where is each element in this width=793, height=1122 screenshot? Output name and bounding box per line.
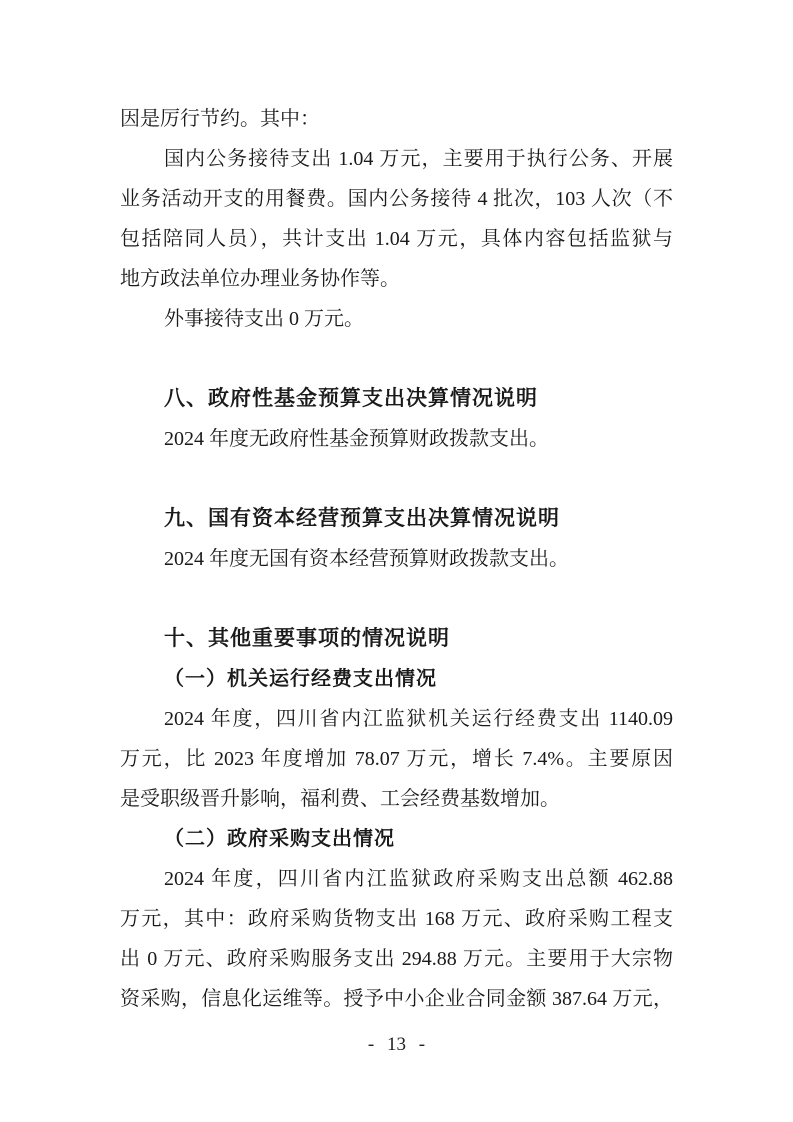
- paragraph: 2024 年度无国有资本经营预算财政拨款支出。: [120, 539, 673, 579]
- text-line: 出 0 万元、政府采购服务支出 294.88 万元。主要用于大宗物: [120, 939, 673, 979]
- paragraph: 2024 年度，四川省内江监狱政府采购支出总额 462.88万元，其中：政府采购…: [120, 859, 673, 1019]
- text-line: 因是厉行节约。其中：: [120, 99, 673, 139]
- text-line: 是受职级晋升影响，福利费、工会经费基数增加。: [120, 779, 673, 819]
- text-line: 2024 年度，四川省内江监狱机关运行经费支出 1140.09: [120, 699, 673, 739]
- text-line: （二）政府采购支出情况: [120, 819, 673, 859]
- document-content: 因是厉行节约。其中：国内公务接待支出 1.04 万元，主要用于执行公务、开展业务…: [120, 99, 673, 1019]
- paragraph: 国内公务接待支出 1.04 万元，主要用于执行公务、开展业务活动开支的用餐费。国…: [120, 139, 673, 299]
- page-footer: - 13 -: [0, 1031, 793, 1059]
- paragraph: 2024 年度，四川省内江监狱机关运行经费支出 1140.09万元，比 2023…: [120, 699, 673, 819]
- text-line: 业务活动开支的用餐费。国内公务接待 4 批次，103 人次（不: [120, 179, 673, 219]
- text-line: 八、政府性基金预算支出决算情况说明: [120, 379, 673, 419]
- sub-heading: （一）机关运行经费支出情况: [120, 659, 673, 699]
- text-line: 万元，其中：政府采购货物支出 168 万元、政府采购工程支: [120, 899, 673, 939]
- text-line: 万元，比 2023 年度增加 78.07 万元，增长 7.4%。主要原因: [120, 739, 673, 779]
- document-page: 因是厉行节约。其中：国内公务接待支出 1.04 万元，主要用于执行公务、开展业务…: [0, 0, 793, 1122]
- paragraph: 因是厉行节约。其中：: [120, 99, 673, 139]
- page-number: - 13 -: [368, 1034, 425, 1055]
- text-line: 包括陪同人员），共计支出 1.04 万元，具体内容包括监狱与: [120, 219, 673, 259]
- paragraph: 外事接待支出 0 万元。: [120, 299, 673, 339]
- paragraph: 2024 年度无政府性基金预算财政拨款支出。: [120, 419, 673, 459]
- section-heading: 九、国有资本经营预算支出决算情况说明: [120, 499, 673, 539]
- text-line: 2024 年度，四川省内江监狱政府采购支出总额 462.88: [120, 859, 673, 899]
- section-heading: 十、其他重要事项的情况说明: [120, 619, 673, 659]
- text-line: 地方政法单位办理业务协作等。: [120, 259, 673, 299]
- sub-heading: （二）政府采购支出情况: [120, 819, 673, 859]
- text-line: 九、国有资本经营预算支出决算情况说明: [120, 499, 673, 539]
- text-line: 十、其他重要事项的情况说明: [120, 619, 673, 659]
- text-line: 资采购，信息化运维等。授予中小企业合同金额 387.64 万元，: [120, 979, 673, 1019]
- section-heading: 八、政府性基金预算支出决算情况说明: [120, 379, 673, 419]
- text-line: 2024 年度无国有资本经营预算财政拨款支出。: [120, 539, 673, 579]
- text-line: 外事接待支出 0 万元。: [120, 299, 673, 339]
- text-line: 2024 年度无政府性基金预算财政拨款支出。: [120, 419, 673, 459]
- text-line: （一）机关运行经费支出情况: [120, 659, 673, 699]
- text-line: 国内公务接待支出 1.04 万元，主要用于执行公务、开展: [120, 139, 673, 179]
